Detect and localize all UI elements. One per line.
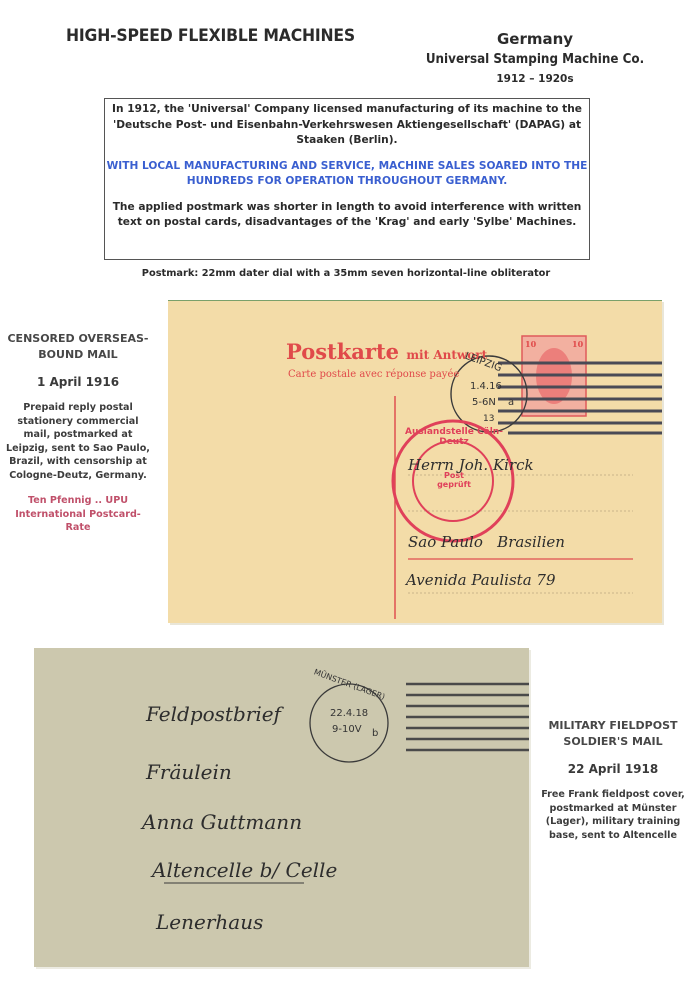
info-paragraph-1: In 1912, the 'Universal' Company license… <box>105 102 589 149</box>
env-cancel-date: 22.4.18 <box>330 708 368 719</box>
env-line-1: Feldpostbrief <box>146 702 281 726</box>
env-cancel-letter: b <box>372 728 378 739</box>
censor-ring-text: Auslandstelle Cöln-Deutz <box>404 427 504 447</box>
postmark-caption: Postmark: 22mm dater dial with a 35mm se… <box>0 268 692 279</box>
info-paragraph-2: WITH LOCAL MANUFACTURING AND SERVICE, MA… <box>105 159 589 190</box>
item1-description: Prepaid reply postal stationery commerci… <box>6 401 150 482</box>
years-heading: 1912 – 1920s <box>410 73 660 85</box>
card-title-text: Postkarte <box>286 339 399 364</box>
postcard-image: Postkarte mit Antwort Carte postale avec… <box>168 300 662 623</box>
info-box: In 1912, the 'Universal' Company license… <box>104 98 590 260</box>
item1-heading: CENSORED OVERSEAS-BOUND MAIL <box>6 331 150 363</box>
item1-description-panel: CENSORED OVERSEAS-BOUND MAIL 1 April 191… <box>6 331 150 535</box>
item2-date: 22 April 1918 <box>538 762 688 776</box>
card-printed-subtitle: Carte postale avec réponse payée <box>288 369 459 380</box>
address-line-3: Avenida Paulista 79 <box>406 571 556 589</box>
env-line-3: Anna Guttmann <box>142 810 302 834</box>
env-line-5: Lenerhaus <box>156 910 263 934</box>
cancel-letter: a <box>508 397 514 408</box>
cancel-date: 1.4.16 <box>470 381 502 392</box>
cancel-number: 13 <box>483 414 494 424</box>
env-line-2: Fräulein <box>146 760 232 784</box>
item2-description: Free Frank fieldpost cover, postmarked a… <box>538 788 688 842</box>
country-heading: Germany <box>410 30 660 48</box>
envelope-image: MÜNSTER (LAGER) 22.4.18 9-10V b Feldpost… <box>34 648 529 967</box>
stamp-value-right: 10 <box>572 339 583 349</box>
page-title: HIGH-SPEED FLEXIBLE MACHINES <box>66 26 355 46</box>
address-line-1: Herrn Joh. Kirck <box>408 456 534 474</box>
item1-rate: Ten Pfennig .. UPU International Postcar… <box>6 494 150 535</box>
company-heading: Universal Stamping Machine Co. <box>420 52 650 67</box>
env-line-4: Altencelle b/ Celle <box>152 858 337 882</box>
info-paragraph-3: The applied postmark was shorter in leng… <box>105 200 589 231</box>
item2-description-panel: MILITARY FIELDPOST SOLDIER'S MAIL 22 Apr… <box>538 718 688 842</box>
envelope-artwork <box>34 648 529 967</box>
stamp-value-left: 10 <box>525 339 536 349</box>
item1-date: 1 April 1916 <box>6 375 150 389</box>
cancel-time: 5-6N <box>472 397 496 408</box>
card-printed-title: Postkarte mit Antwort <box>286 339 487 364</box>
address-line-2: Sao Paulo Brasilien <box>408 533 565 551</box>
env-cancel-time: 9-10V <box>332 724 362 735</box>
item2-heading: MILITARY FIELDPOST SOLDIER'S MAIL <box>538 718 688 750</box>
